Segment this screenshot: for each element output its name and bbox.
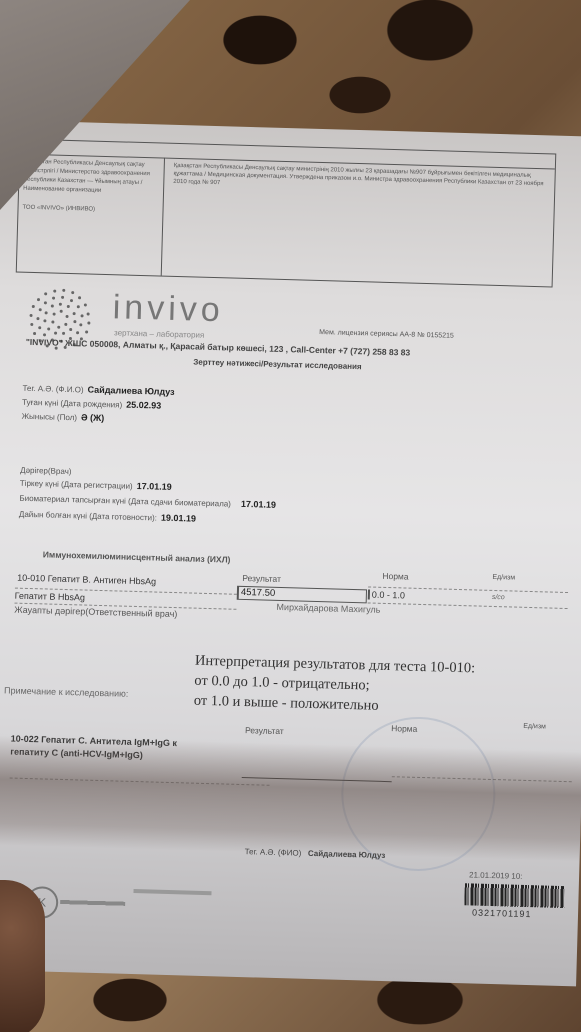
patient-name-row: Тег. А.Ә. (Ф.И.О)Сайдалиева Юлдуз (22, 383, 174, 397)
column-norm-2: Норма (391, 723, 417, 734)
note-label: Примечание к исследованию: (4, 685, 129, 698)
ministry-text: Қазақстан Республикасы Денсаулық сақтау … (23, 158, 160, 198)
registration-date: 17.01.19 (137, 481, 172, 492)
column-norm: Норма (382, 571, 408, 582)
test-1-unit: s/co (492, 594, 505, 601)
shadow (0, 735, 581, 862)
dotted-line (368, 602, 568, 609)
license-number: Мем. лицензия сериясы АА-8 № 0155215 (319, 329, 454, 340)
header-table: Қазақстан Республикасы Денсаулық сақтау … (16, 139, 557, 288)
thumb (0, 880, 45, 1032)
test-1-norm: 0.0 - 1.0 (368, 589, 405, 600)
biomaterial-date-label: Биоматериал тапсырған күні (Дата сдачи б… (19, 494, 231, 509)
patient-dob-label: Туған күні (Дата рождения) (22, 398, 122, 410)
patient-sex-label: Жынысы (Пол) (22, 412, 78, 423)
column-result: Результат (242, 573, 281, 584)
header-table-left: Қазақстан Республикасы Денсаулық сақтау … (17, 154, 165, 276)
column-unit-2: Ед/изм (523, 723, 546, 731)
lab-result-document: Қазақстан Республикасы Денсаулық сақтау … (0, 120, 581, 986)
barcode-number: 0321701191 (472, 907, 532, 919)
ready-date: 19.01.19 (161, 513, 196, 524)
responsible-doctor-name: Мирхайдарова Махигуль (276, 602, 380, 615)
barcode-icon (464, 883, 565, 908)
column-result-2: Результат (245, 725, 284, 736)
accreditation-logo-icon (60, 892, 126, 914)
brand-name: invivo (112, 288, 224, 330)
analysis-method: Иммунохемилюминисцентный анализ (ИХЛ) (43, 549, 231, 564)
doctor-label: Дәрігер(Врач) (20, 466, 72, 476)
organization-name: ТОО «INVIVO» (ИНВИВО) (22, 204, 158, 217)
biomaterial-date: 17.01.19 (241, 499, 276, 510)
registration-date-label: Тіркеу күні (Дата регистрации) (20, 479, 133, 491)
print-timestamp: 21.01.2019 10: (469, 870, 523, 880)
test-1-name: 10-010 Гепатит B. Антиген HbsAg (17, 573, 156, 587)
patient-dob-row: Туған күні (Дата рождения)25.02.93 (22, 397, 161, 411)
test-1-result: 4517.50 (237, 586, 367, 604)
test-1-subname: Гепатит B HbsAg (15, 591, 86, 603)
registration-date-row: Тіркеу күні (Дата регистрации)17.01.19 (20, 478, 172, 492)
column-unit: Ед/изм (492, 574, 515, 582)
ready-date-label: Дайын болған күні (Дата готовности): (19, 510, 157, 523)
result-title: Зерттеу нәтижесі/Результат исследования (193, 357, 362, 371)
patient-sex-row: Жынысы (Пол)Ә (Ж) (22, 411, 105, 423)
patient-name-label: Тег. А.Ә. (Ф.И.О) (22, 384, 83, 395)
patient-name: Сайдалиева Юлдуз (87, 385, 174, 397)
patient-sex: Ә (Ж) (81, 412, 104, 423)
interpretation-block: Интерпретация результатов для теста 10-0… (194, 651, 476, 719)
brand-subtitle: зертхана – лаборатория (114, 328, 204, 340)
quality-certificate-logo-icon (133, 889, 212, 917)
signed-name: Сайдалиева Юлдуз (308, 849, 386, 860)
patient-dob: 25.02.93 (126, 400, 161, 411)
signed-label: Тег. А.Ә. (ФИО) (245, 847, 302, 858)
biomaterial-date-row: Биоматериал тапсырған күні (Дата сдачи б… (19, 493, 276, 510)
ready-date-row: Дайын болған күні (Дата готовности):19.0… (19, 509, 196, 524)
medical-documentation-text: Қазақстан Республикасы Денсаулық сақтау … (167, 158, 551, 287)
